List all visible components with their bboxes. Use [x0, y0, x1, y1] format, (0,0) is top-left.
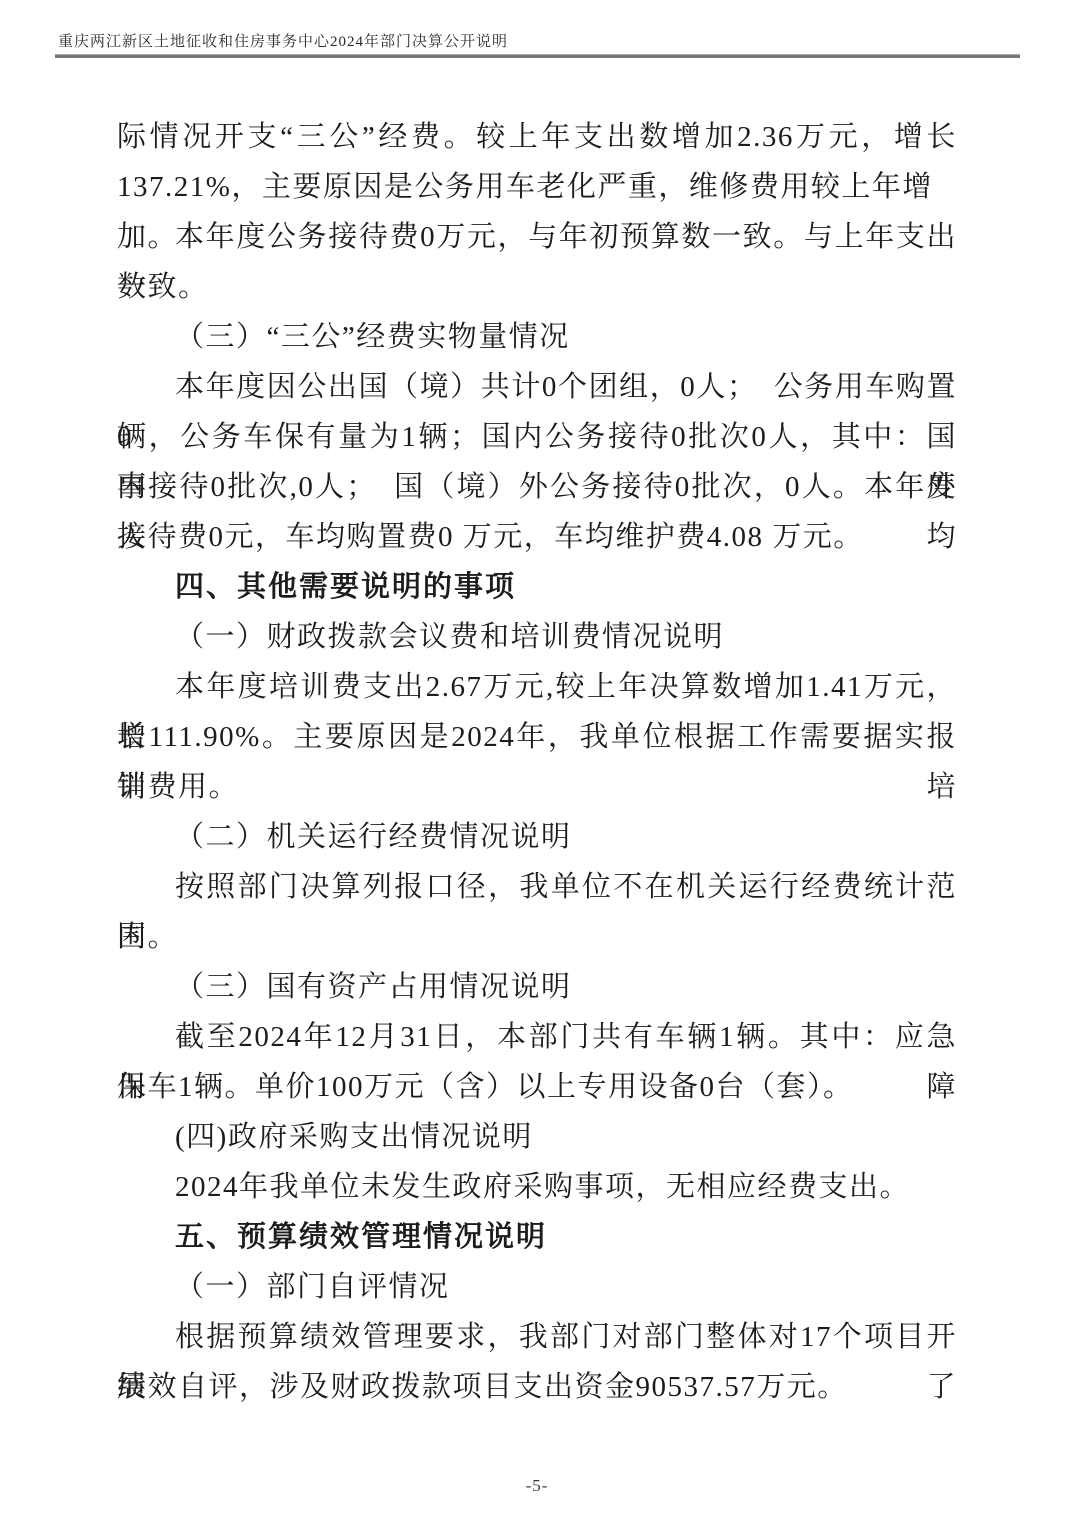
subsection-heading: （三）国有资产占用情况说明 [117, 962, 957, 1012]
text-line: 按照部门决算列报口径，我单位不在机关运行经费统计范围 [117, 862, 957, 912]
text-line: 137.21%，主要原因是公务用车老化严重，维修费用较上年增加。 [117, 162, 957, 212]
header-title: 重庆两江新区土地征收和住房事务中心2024年部门决算公开说明 [58, 30, 508, 51]
text-line: 本年度培训费支出2.67万元,较上年决算数增加1.41万元，增 [117, 662, 957, 712]
subsection-heading: （三）“三公”经费实物量情况 [117, 312, 957, 362]
subsection-heading: （一）部门自评情况 [117, 1262, 957, 1312]
text-line: 根据预算绩效管理要求，我部门对部门整体对17个项目开展了 [117, 1312, 957, 1362]
text-line: 用车1辆。单价100万元（含）以上专用设备0台（套）。 [117, 1062, 957, 1112]
text-line: 长111.90%。主要原因是2024年，我单位根据工作需要据实报销培 [117, 712, 957, 762]
text-line: 际情况开支“三公”经费。较上年支出数增加2.36万元，增长 [117, 112, 957, 162]
subsection-heading: （二）机关运行经费情况说明 [117, 812, 957, 862]
section-heading: 五、预算绩效管理情况说明 [117, 1212, 957, 1262]
text-line: 辆，公务车保有量为1辆；国内公务接待0批次0人，其中：国内外 [117, 412, 957, 462]
text-line: 本年度公务接待费0万元，与年初预算数一致。与上年支出数 [117, 212, 957, 262]
document-page: 重庆两江新区土地征收和住房事务中心2024年部门决算公开说明 际情况开支“三公”… [0, 0, 1074, 1520]
subsection-heading: (四)政府采购支出情况说明 [117, 1112, 957, 1162]
subsection-heading: （一）财政拨款会议费和培训费情况说明 [117, 612, 957, 662]
text-line: 绩效自评，涉及财政拨款项目支出资金90537.57万元。 [117, 1362, 957, 1412]
text-line: 事接待0批次,0人； 国（境）外公务接待0批次，0人。本年度人均 [117, 462, 957, 512]
header-rule [55, 54, 1020, 58]
section-heading: 四、其他需要说明的事项 [117, 562, 957, 612]
text-line: 内。 [117, 912, 957, 962]
page-footer: -5- [0, 1476, 1074, 1496]
document-body: 际情况开支“三公”经费。较上年支出数增加2.36万元，增长137.21%，主要原… [117, 112, 957, 1412]
text-line: 接待费0元，车均购置费0 万元，车均维护费4.08 万元。 [117, 512, 957, 562]
text-line: 截至2024年12月31日，本部门共有车辆1辆。其中：应急保障 [117, 1012, 957, 1062]
text-line: 2024年我单位未发生政府采购事项，无相应经费支出。 [117, 1162, 957, 1212]
page-number: -5- [526, 1476, 549, 1495]
text-line: 一致。 [117, 262, 957, 312]
text-line: 本年度因公出国（境）共计0个团组，0人； 公务用车购置0 [117, 362, 957, 412]
